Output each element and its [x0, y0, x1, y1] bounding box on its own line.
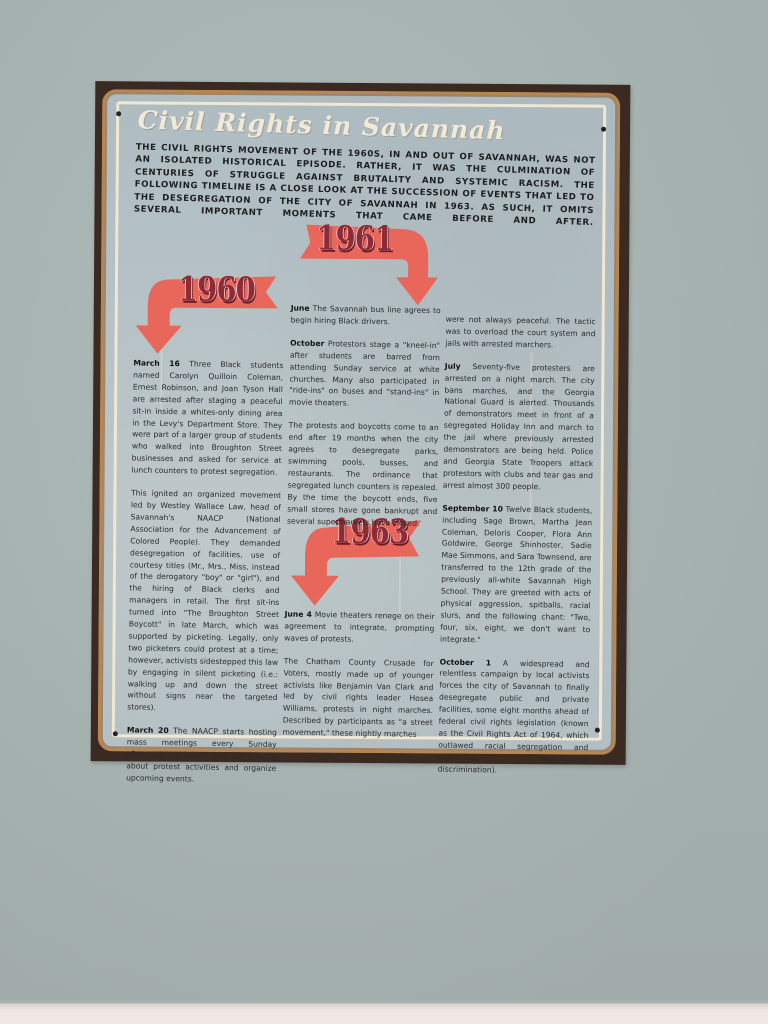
timeline-entry: July Seventy-five protesters are arreste… — [443, 360, 595, 494]
entry-text: Seventy-five protesters are arrested on … — [443, 362, 595, 491]
entry-date: March 20 — [127, 726, 169, 736]
entry-date: October 1 — [440, 657, 492, 667]
metal-sign: Civil Rights in Savannah The civil right… — [98, 89, 621, 755]
entry-date: October — [290, 338, 324, 348]
year-banner-1960: 1960 — [135, 261, 286, 357]
entry-text: Twelve Black students, including Sage Br… — [440, 504, 592, 644]
entry-text: A widespread and relentless campaign by … — [438, 658, 590, 774]
entry-date: June — [291, 304, 310, 313]
entry-text: The Chatham County Crusade for Voters, m… — [282, 656, 433, 739]
baseboard — [0, 1003, 768, 1024]
timeline-entry: October 1 A widespread and relentless ca… — [438, 656, 590, 778]
entry-date: June 4 — [285, 609, 312, 618]
timeline-column-1961: June The Savannah bus line agrees to beg… — [287, 303, 441, 541]
intro-paragraph: The civil rights movement of the 1960s, … — [134, 141, 596, 229]
timeline-entry: October Protestors stage a "kneel-in" af… — [289, 337, 440, 411]
entry-text: This ignited an organized movement led b… — [127, 488, 281, 712]
timeline-entry: June The Savannah bus line agrees to beg… — [290, 303, 440, 329]
timeline-column-1963-cont: were not always peaceful. The tactic was… — [438, 314, 596, 789]
entry-date: March 16 — [133, 358, 180, 368]
timeline-entry: were not always peaceful. The tactic was… — [445, 314, 596, 352]
entry-text: The Savannah bus line agrees to begin hi… — [290, 304, 440, 326]
entry-date: July — [445, 361, 461, 370]
rivet-icon — [116, 111, 121, 116]
rivet-icon — [601, 127, 606, 132]
timeline-entry: This ignited an organized movement led b… — [127, 487, 281, 716]
entry-text: Three Black students named Carolyn Quill… — [131, 359, 283, 477]
rivet-icon — [595, 728, 600, 733]
timeline-entry: June 4 Movie theaters renege on their ag… — [284, 608, 435, 646]
entry-text: Protestors stage a "kneel-in" after stud… — [289, 339, 440, 408]
timeline-entry: The Chatham County Crusade for Voters, m… — [282, 655, 433, 741]
timeline-entry: The protests and boycotts come to an end… — [287, 420, 439, 530]
timeline-entry: September 10 Twelve Black students, incl… — [440, 502, 592, 647]
timeline-entry: March 16 Three Black students named Caro… — [131, 357, 283, 479]
timeline-column-1963: June 4 Movie theaters renege on their ag… — [282, 608, 434, 752]
timeline-column-1960: March 16 Three Black students named Caro… — [126, 357, 284, 797]
year-label: 1960 — [178, 270, 255, 311]
entry-text: were not always peaceful. The tactic was… — [445, 315, 596, 350]
year-label: 1961 — [316, 219, 393, 260]
entry-text: The protests and boycotts come to an end… — [287, 421, 439, 528]
rivet-icon — [113, 731, 118, 736]
entry-date: September 10 — [442, 503, 503, 513]
timeline-entry: March 20 The NAACP starts hosting mass m… — [126, 725, 277, 787]
sign-frame: Civil Rights in Savannah The civil right… — [91, 81, 631, 765]
